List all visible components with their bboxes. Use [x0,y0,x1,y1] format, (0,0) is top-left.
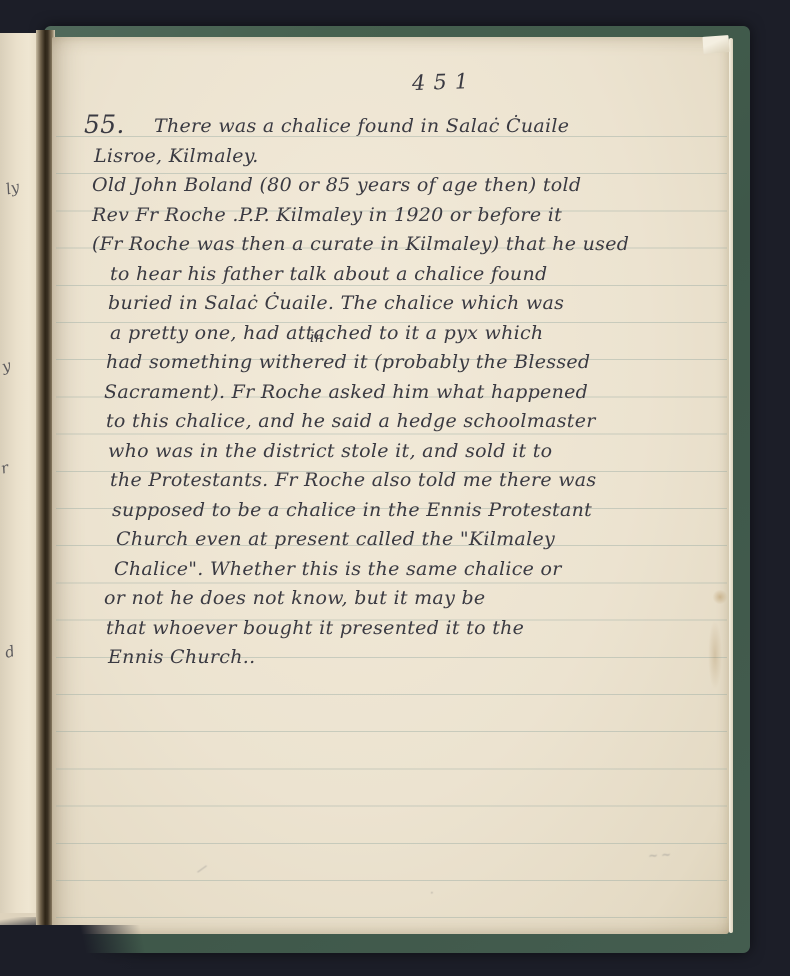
manuscript-line: Ennis Church.. [108,643,720,673]
previous-page-edge: ly y r d [0,33,41,917]
corner-shadow [0,925,190,976]
manuscript-line: Chalice". Whether this is the same chali… [114,555,720,585]
manuscript-line: who was in the district stole it, and so… [108,437,720,467]
faint-pencil-mark: ∼∼ [648,847,675,863]
manuscript-line: There was a chalice found in Salaċ Ċuail… [154,112,720,142]
manuscript-line: had something withered it (probably the … [106,348,720,378]
page-stack-edge [729,38,733,933]
manuscript-line: Sacrament). Fr Roche asked him what happ… [104,378,720,408]
prev-page-text-fragment: ly [4,178,21,199]
manuscript-line: to this chalice, and he said a hedge sch… [106,407,720,437]
faint-pencil-mark: · [430,886,434,900]
manuscript-line: the Protestants. Fr Roche also told me t… [110,466,720,496]
manuscript-line: that whoever bought it presented it to t… [106,614,720,644]
manuscript-line: or not he does not know, but it may be [104,584,720,614]
caret-insertion: in [310,330,324,346]
manuscript-line: to hear his father talk about a chalice … [110,260,720,290]
prev-page-text-fragment: r [0,458,10,477]
manuscript-line: supposed to be a chalice in the Ennis Pr… [112,496,720,526]
manuscript-line: (Fr Roche was then a curate in Kilmaley)… [92,230,720,260]
manuscript-line: a pretty one, had attached to it a pyx w… [110,319,720,349]
handwritten-entry: There was a chalice found in Salaċ Ċuail… [92,112,720,673]
manuscript-line: Lisroe, Kilmaley. [94,142,720,172]
manuscript-line: Church even at present called the "Kilma… [116,525,720,555]
page-number: 451 [412,69,477,95]
page-corner-fold [702,35,729,54]
prev-page-text-fragment: y [0,356,13,376]
manuscript-line: Old John Boland (80 or 85 years of age t… [92,171,720,201]
prev-page-text-fragment: d [3,642,17,662]
manuscript-line: buried in Salaċ Ċuaile. The chalice whic… [108,289,720,319]
manuscript-line: Rev Fr Roche .P.P. Kilmaley in 1920 or b… [92,201,720,231]
scanned-manuscript-photo: { "manuscript": { "page_number": "451", … [0,0,790,976]
